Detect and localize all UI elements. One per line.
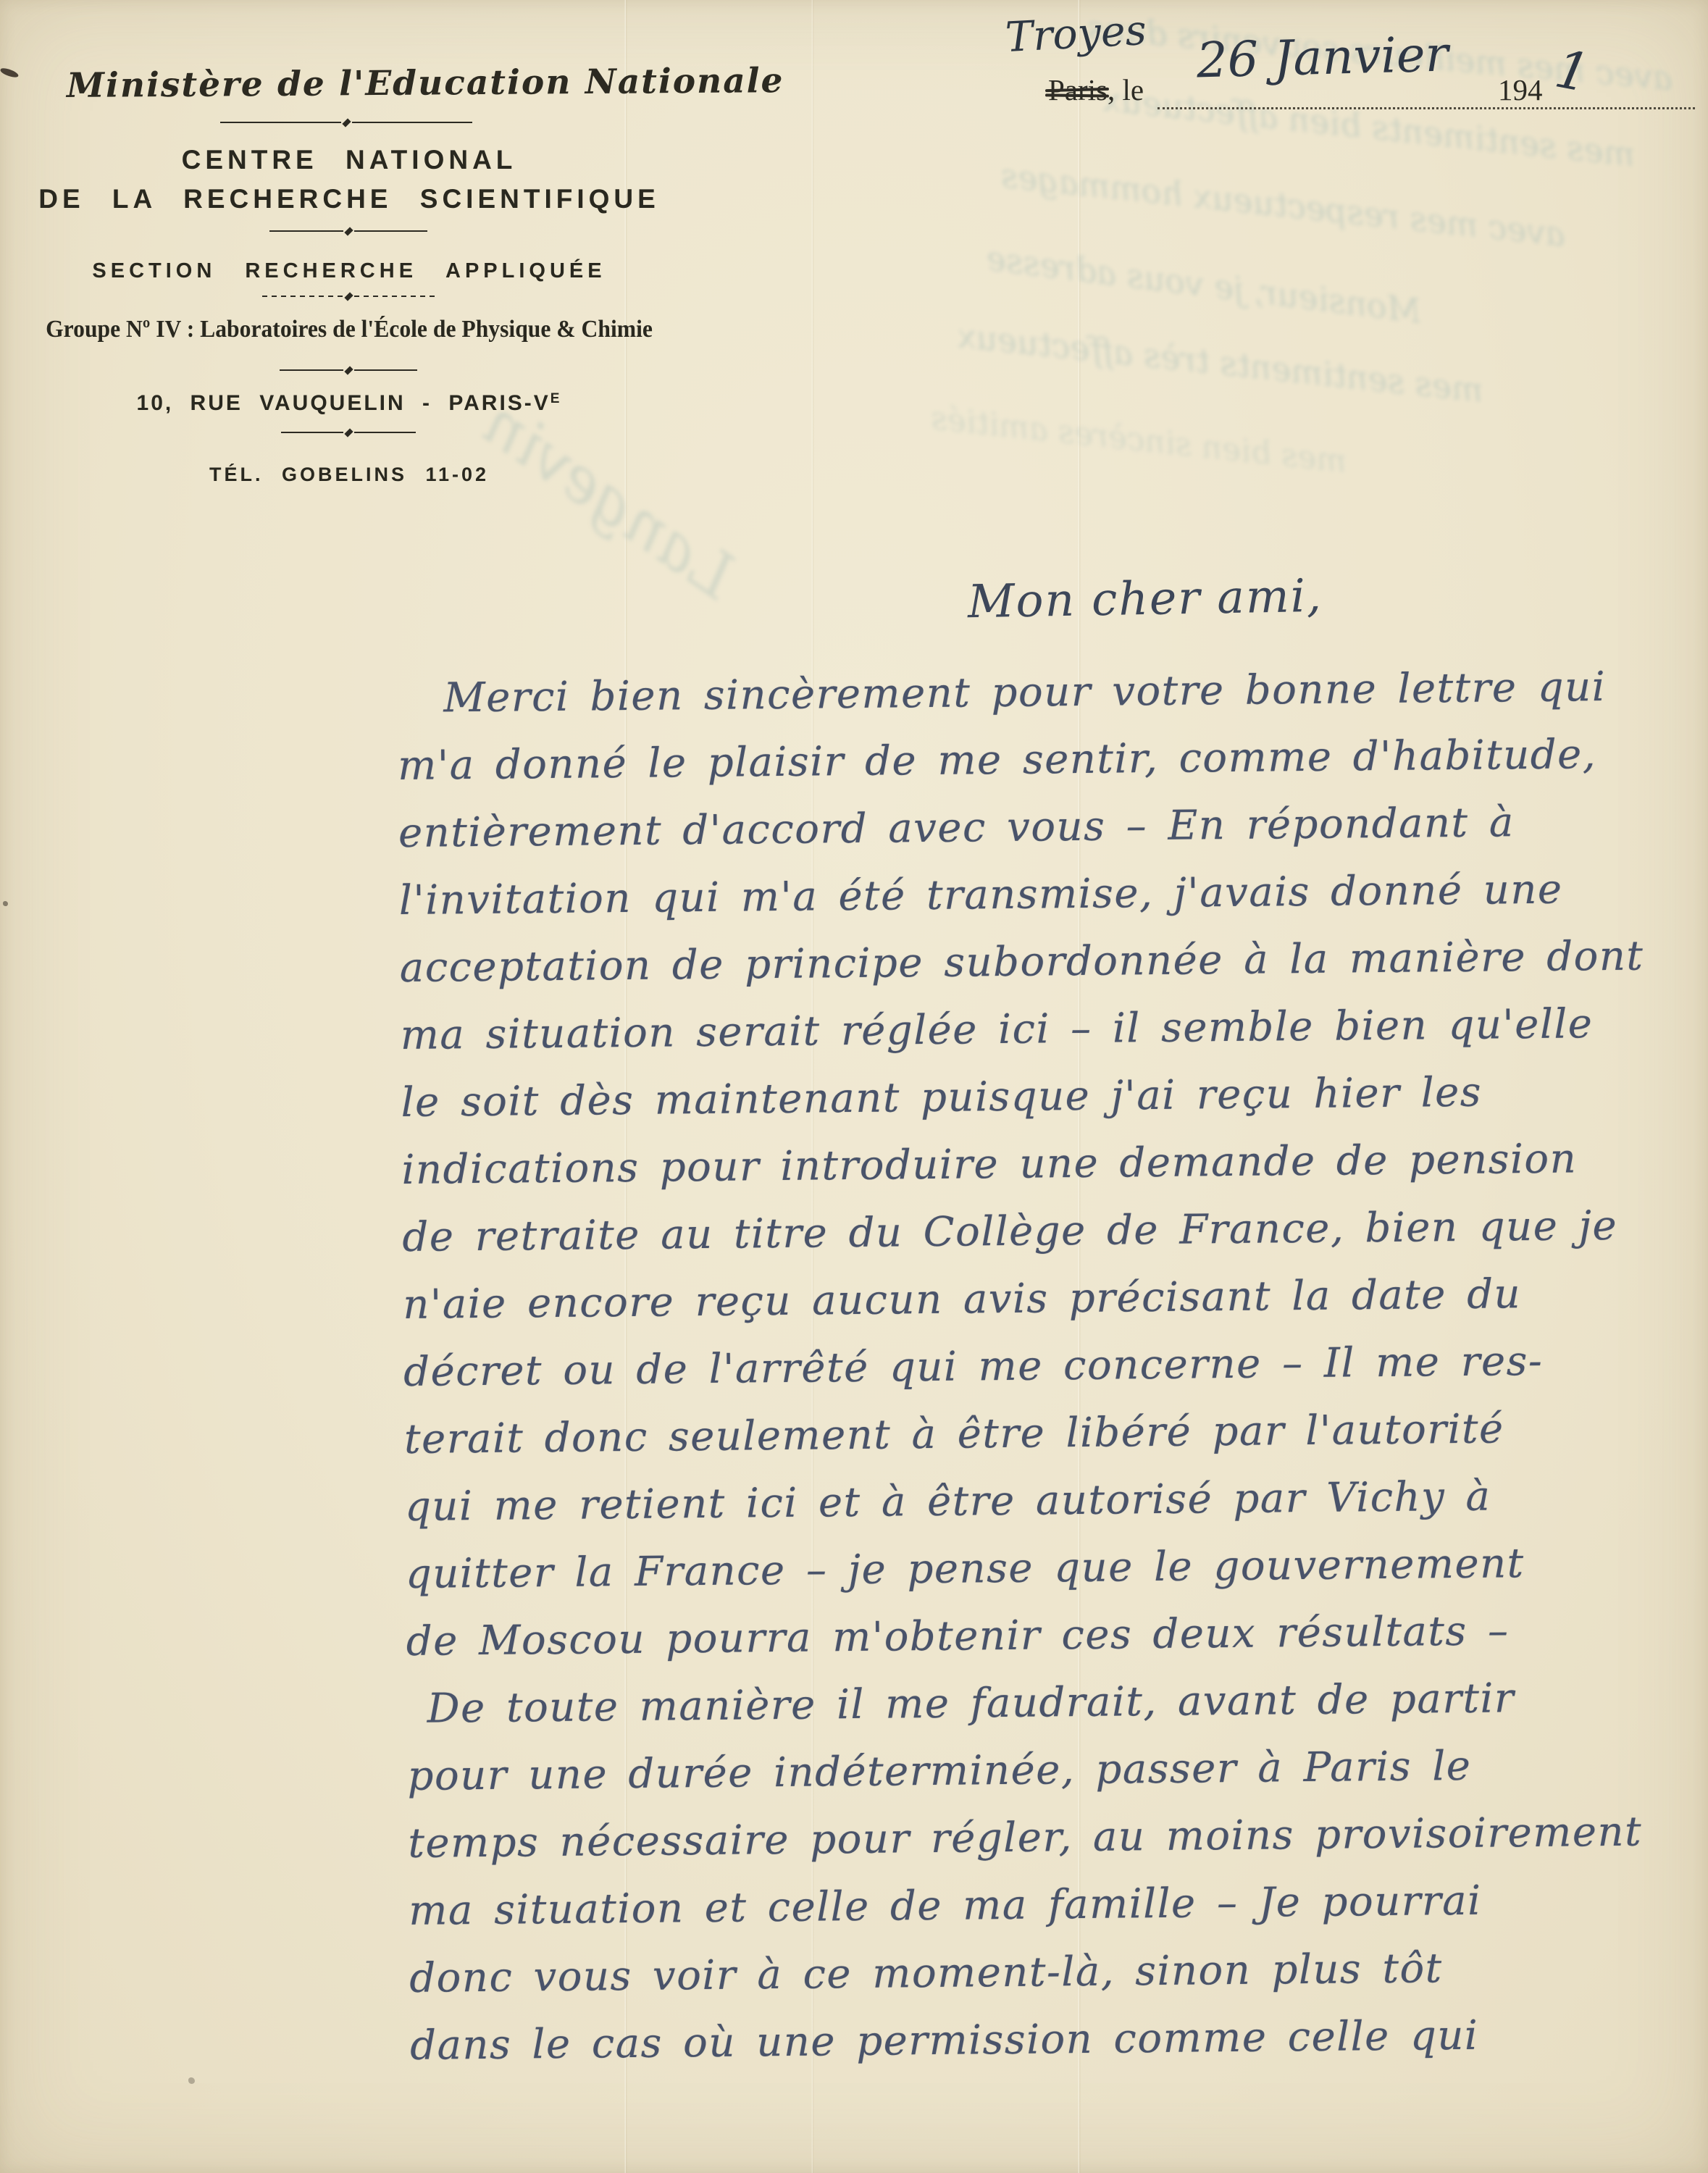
bleed-through-line: mes sentiments très affectueux xyxy=(955,316,1485,410)
letter-line: de Moscou pourra m'obtenir ces deux résu… xyxy=(406,1606,1703,1686)
paper-speck xyxy=(188,2077,195,2084)
diamond-icon xyxy=(344,227,353,235)
letter-line: pour une durée indéterminée, passer à Pa… xyxy=(407,1741,1704,1820)
bleed-through-line: Monsieur, je vous adresse xyxy=(984,238,1423,330)
diamond-icon xyxy=(344,428,353,437)
letter-line: ma situation et celle de ma famille – Je… xyxy=(409,1875,1706,1955)
ornament-divider-dashed xyxy=(262,293,435,300)
letter-line: terait donc seulement à être libéré par … xyxy=(404,1404,1701,1483)
salutation: Mon cher ami, xyxy=(967,569,1323,629)
diamond-icon xyxy=(344,292,353,301)
group-line: Groupe Nº IV : Laboratoires de l'École d… xyxy=(27,316,671,343)
handwritten-day-month: 26 Janvier xyxy=(1196,25,1449,88)
letter-line: dans le cas où une permission comme cell… xyxy=(410,2010,1707,2090)
letter-line: indications pour introduire une demande … xyxy=(401,1134,1699,1214)
ornament-divider xyxy=(280,367,417,374)
ornament-divider xyxy=(220,119,472,126)
letter-line: temps nécessaire pour régler, au moins p… xyxy=(408,1808,1705,1888)
ornament-divider xyxy=(269,227,427,235)
letter-line: Merci bien sincèrement pour votre bonne … xyxy=(397,663,1694,742)
org-name-line2: DE LA RECHERCHE SCIENTIFIQUE xyxy=(3,184,695,214)
phone-line: TÉL. GOBELINS 11-02 xyxy=(3,464,695,486)
letter-line: n'aie encore reçu aucun avis précisant l… xyxy=(403,1269,1700,1349)
printed-le: , le xyxy=(1108,73,1144,106)
letter-line: le soit dès maintenant puisque j'ai reçu… xyxy=(401,1067,1698,1147)
letter-line: acceptation de principe subordonnée à la… xyxy=(400,932,1697,1012)
ministry-script-line: Ministère de l'Education Nationale xyxy=(67,62,690,106)
paper-speck xyxy=(0,67,20,79)
address-text: 10, RUE VAUQUELIN - PARIS-V xyxy=(137,391,551,415)
letter-line: l'invitation qui m'a été transmise, j'av… xyxy=(399,865,1696,945)
bleed-through-signature: Langevin xyxy=(469,387,749,613)
struck-place: Paris xyxy=(1048,72,1108,107)
letter-line: donc vous voir à ce moment-là, sinon plu… xyxy=(409,1943,1707,2022)
diamond-icon xyxy=(344,366,353,374)
paper-speck xyxy=(3,901,8,906)
printed-year: 194 xyxy=(1498,72,1543,107)
scanned-letter-page: avec mes meilleurs souvenirs dans mes se… xyxy=(0,0,1708,2173)
letter-line: décret ou de l'arrêté qui me concerne – … xyxy=(403,1336,1701,1416)
bleed-through-line: mes bien sincères amitiés xyxy=(929,400,1349,480)
org-name-line1: CENTRE NATIONAL xyxy=(3,145,695,175)
address-superscript: E xyxy=(551,391,562,406)
diamond-icon xyxy=(342,118,351,127)
letter-body: Merci bien sincèrement pour votre bonne … xyxy=(397,663,1707,2090)
letter-line: m'a donné le plaisir de me sentir, comme… xyxy=(398,730,1695,810)
address-line: 10, RUE VAUQUELIN - PARIS-VE xyxy=(3,391,695,416)
letter-line: qui me retient ici et à être autorisé pa… xyxy=(405,1471,1702,1551)
handwritten-place: Troyes xyxy=(1004,7,1147,62)
letter-line: de retraite au titre du Collège de Franc… xyxy=(402,1202,1699,1281)
letter-line: De toute manière il me faudrait, avant d… xyxy=(406,1673,1704,1753)
ornament-divider xyxy=(281,429,416,436)
letter-line: quitter la France – je pense que le gouv… xyxy=(406,1538,1703,1618)
letter-line: entièrement d'accord avec vous – En répo… xyxy=(398,797,1696,877)
printed-place-line: Paris, le xyxy=(1048,72,1144,107)
letter-line: ma situation serait réglée ici – il semb… xyxy=(400,1000,1697,1079)
section-line: SECTION RECHERCHE APPLIQUÉE xyxy=(3,259,695,283)
bleed-through-line: avec mes respectueux hommages xyxy=(999,156,1567,254)
